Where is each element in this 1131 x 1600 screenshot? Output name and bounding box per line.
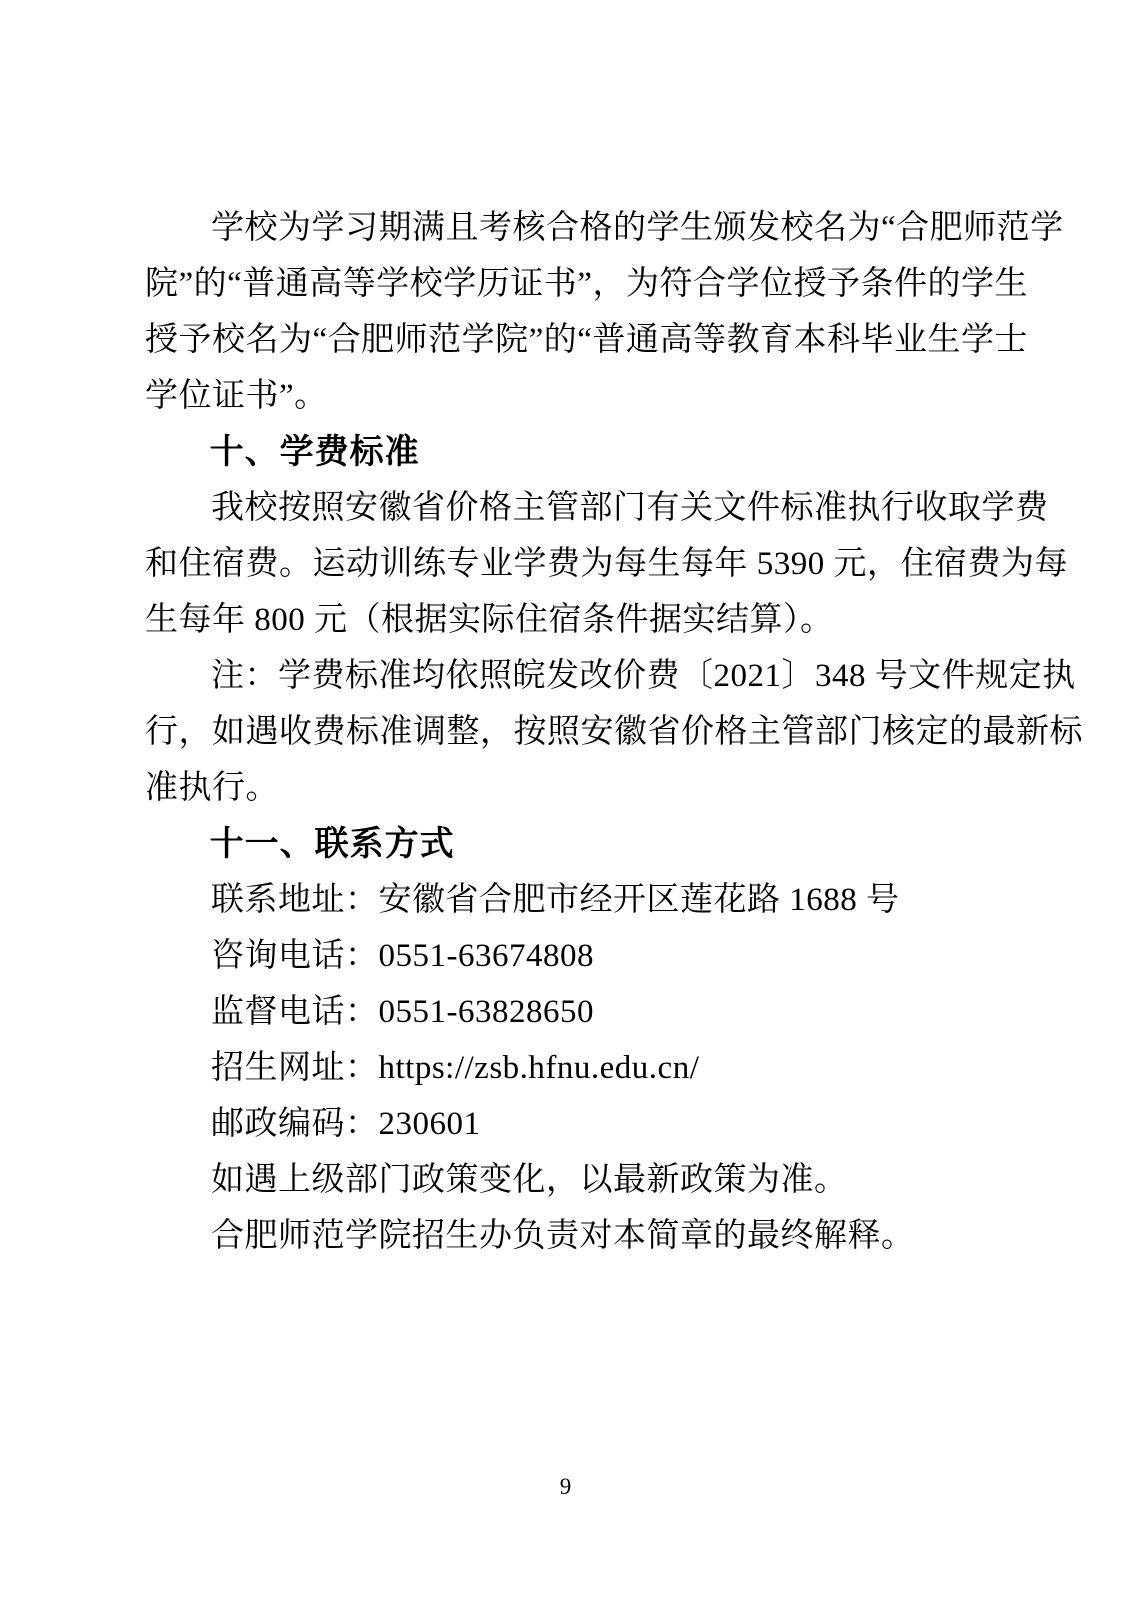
tuition-note-paragraph: 注：学费标准均依照皖发改价费〔2021〕348 号文件规定执 行，如遇收费标准调…: [145, 648, 990, 816]
document-page: 学校为学习期满且考核合格的学生颁发校名为“合肥师范学 院”的“普通高等学校学历证…: [0, 0, 1131, 1600]
contact-list: 联系地址：安徽省合肥市经开区莲花路 1688 号 咨询电话：0551-63674…: [145, 872, 990, 1264]
paragraph-line: 和住宿费。运动训练专业学费为每生每年 5390 元，住宿费为每: [145, 536, 990, 592]
paragraph-line: 学位证书”。: [145, 368, 990, 424]
paragraph-line: 授予校名为“合肥师范学院”的“普通高等教育本科毕业生学士: [145, 312, 990, 368]
supervision-phone-line: 监督电话：0551-63828650: [145, 984, 990, 1040]
paragraph-line: 学校为学习期满且考核合格的学生颁发校名为“合肥师范学: [145, 200, 990, 256]
section-heading-tuition: 十、学费标准: [145, 424, 990, 480]
paragraph-line: 准执行。: [145, 760, 990, 816]
page-content: 学校为学习期满且考核合格的学生颁发校名为“合肥师范学 院”的“普通高等学校学历证…: [145, 200, 990, 1264]
contact-address-line: 联系地址：安徽省合肥市经开区莲花路 1688 号: [145, 872, 990, 928]
paragraph-line: 行，如遇收费标准调整，按照安徽省价格主管部门核定的最新标: [145, 704, 990, 760]
paragraph-line: 注：学费标准均依照皖发改价费〔2021〕348 号文件规定执: [145, 648, 990, 704]
inquiry-phone-line: 咨询电话：0551-63674808: [145, 928, 990, 984]
section-heading-contact: 十一、联系方式: [145, 816, 990, 872]
page-number: 9: [0, 1472, 1131, 1502]
final-interpretation-line: 合肥师范学院招生办负责对本简章的最终解释。: [145, 1208, 990, 1264]
intro-paragraph: 学校为学习期满且考核合格的学生颁发校名为“合肥师范学 院”的“普通高等学校学历证…: [145, 200, 990, 424]
paragraph-line: 我校按照安徽省价格主管部门有关文件标准执行收取学费: [145, 480, 990, 536]
policy-change-note-line: 如遇上级部门政策变化，以最新政策为准。: [145, 1152, 990, 1208]
paragraph-line: 生每年 800 元（根据实际住宿条件据实结算）。: [145, 592, 990, 648]
tuition-paragraph: 我校按照安徽省价格主管部门有关文件标准执行收取学费 和住宿费。运动训练专业学费为…: [145, 480, 990, 648]
postal-code-line: 邮政编码：230601: [145, 1096, 990, 1152]
admissions-website-line: 招生网址：https://zsb.hfnu.edu.cn/: [145, 1040, 990, 1096]
paragraph-line: 院”的“普通高等学校学历证书”，为符合学位授予条件的学生: [145, 256, 990, 312]
